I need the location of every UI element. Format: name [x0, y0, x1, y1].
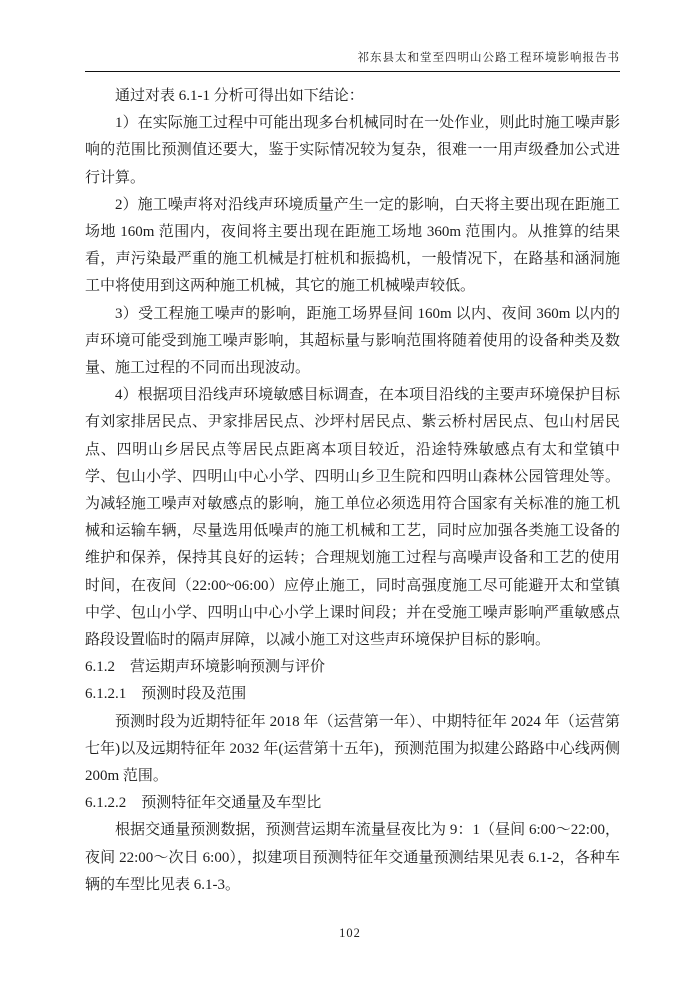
document-body: 通过对表 6.1-1 分析可得出如下结论： 1）在实际施工过程中可能出现多台机械… [85, 83, 620, 899]
header-title: 祁东县太和堂至四明山公路工程环境影响报告书 [85, 50, 620, 66]
paragraph-conclusion-1: 1）在实际施工过程中可能出现多台机械同时在一处作业，则此时施工噪声影响的范围比预… [85, 110, 620, 192]
page-footer: 102 [0, 924, 700, 942]
document-page: 祁东县太和堂至四明山公路工程环境影响报告书 通过对表 6.1-1 分析可得出如下… [0, 0, 700, 990]
section-heading-6-1-2-2: 6.1.2.2 预测特征年交通量及车型比 [85, 790, 620, 817]
paragraph-conclusion-3: 3）受工程施工噪声的影响，距施工场界昼间 160m 以内、夜间 360m 以内的… [85, 301, 620, 383]
paragraph-conclusion-4: 4）根据项目沿线声环境敏感目标调查，在本项目沿线的主要声环境保护目标有刘家排居民… [85, 382, 620, 654]
page-header: 祁东县太和堂至四明山公路工程环境影响报告书 [85, 0, 620, 72]
page-number: 102 [339, 926, 361, 940]
paragraph-traffic-forecast: 根据交通量预测数据，预测营运期车流量昼夜比为 9：1（昼间 6:00～22:00… [85, 817, 620, 899]
paragraph-conclusion-intro: 通过对表 6.1-1 分析可得出如下结论： [85, 83, 620, 110]
section-heading-6-1-2: 6.1.2 营运期声环境影响预测与评价 [85, 654, 620, 681]
paragraph-prediction-period: 预测时段为近期特征年 2018 年（运营第一年）、中期特征年 2024 年（运营… [85, 709, 620, 791]
paragraph-conclusion-2: 2）施工噪声将对沿线声环境质量产生一定的影响，白天将主要出现在距施工场地 160… [85, 192, 620, 301]
section-heading-6-1-2-1: 6.1.2.1 预测时段及范围 [85, 681, 620, 708]
